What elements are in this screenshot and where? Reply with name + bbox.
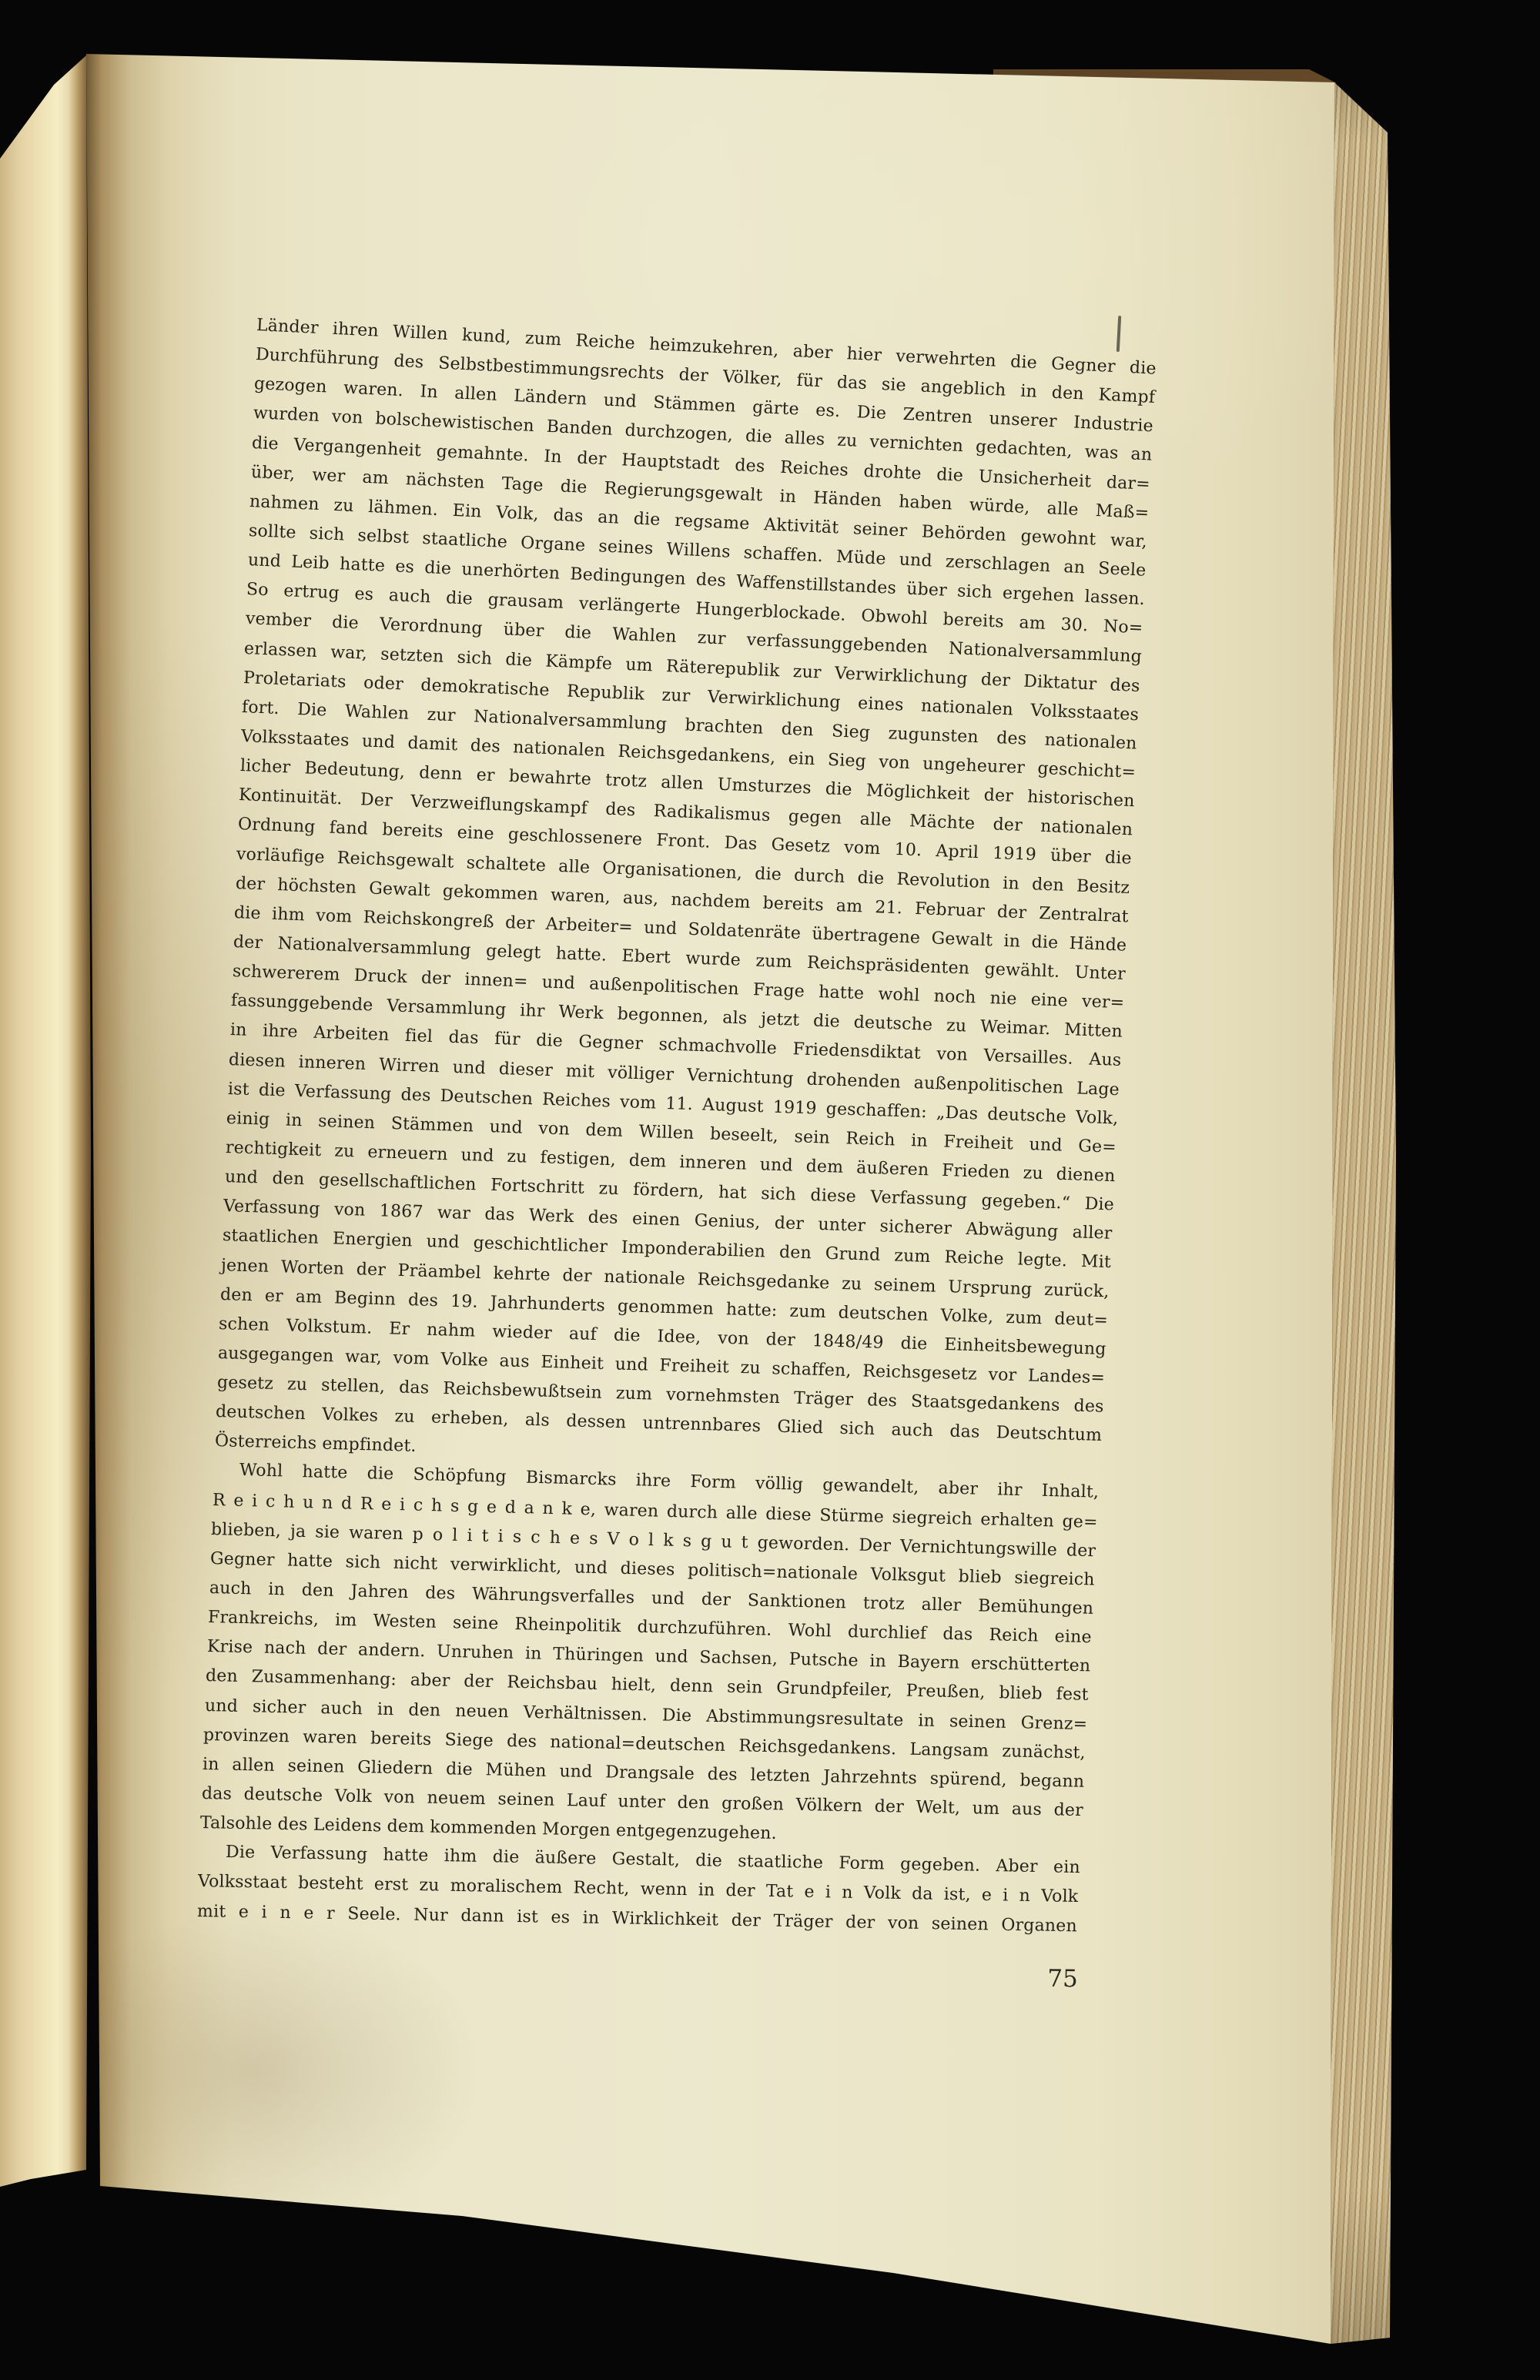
facing-page-edge [0,0,92,2380]
body-text: Länder ihren Willen kund, zum Reiche hei… [197,311,1152,1926]
page-number: 75 [1038,1965,1087,1993]
photo-background: Länder ihren Willen kund, zum Reiche hei… [0,0,1540,2380]
